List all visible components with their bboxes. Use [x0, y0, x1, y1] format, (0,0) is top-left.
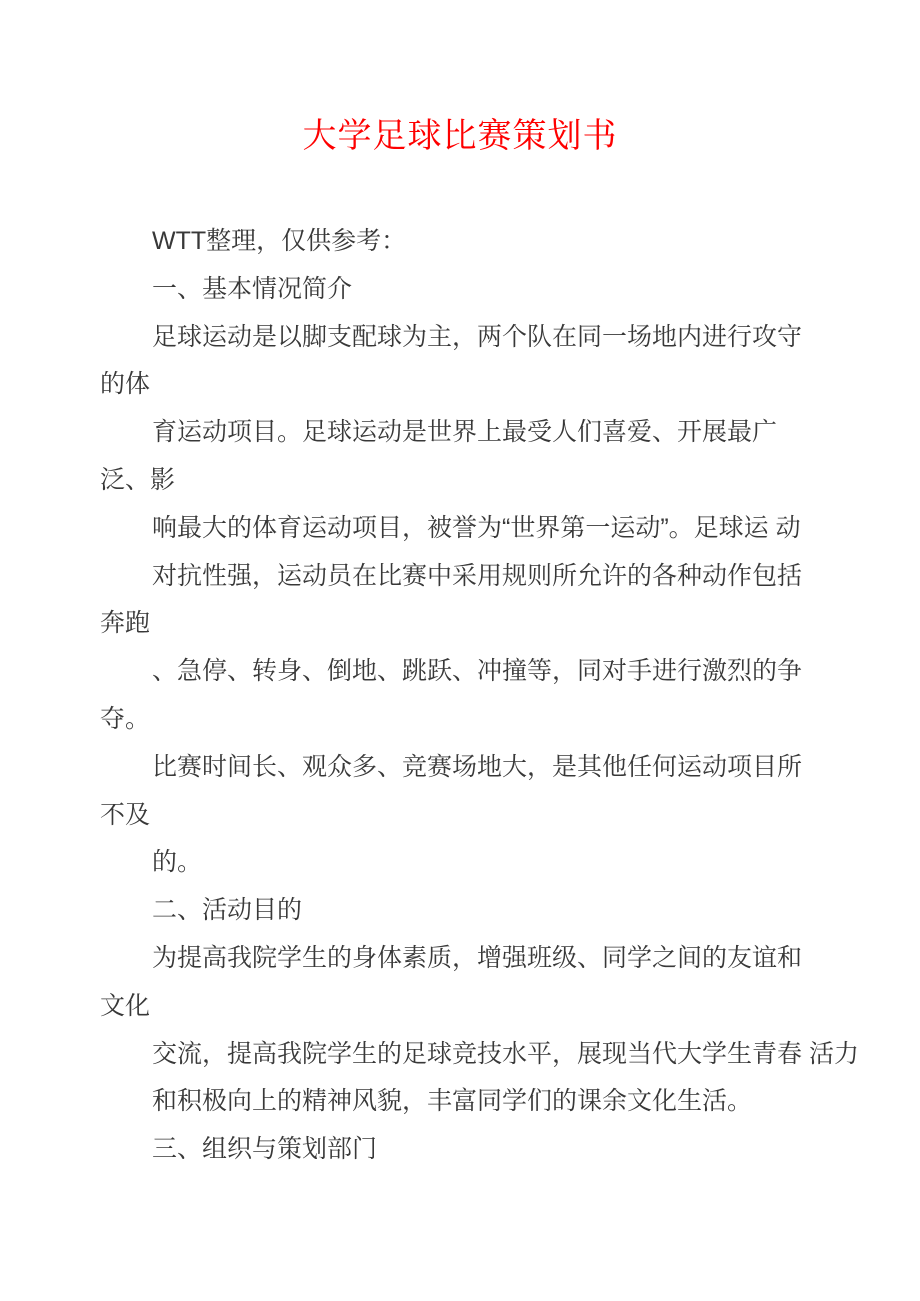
text-line: 奔跑 — [0, 600, 920, 648]
text-line: 和积极向上的精神风貌，丰富同学们的课余文化生活。 — [0, 1078, 920, 1126]
text-line: WTT整理，仅供参考： — [0, 218, 920, 266]
text-line: 对抗性强，运动员在比赛中采用规则所允许的各种动作包括 — [0, 553, 920, 601]
text-line: 为提高我院学生的身体素质，增强班级、同学之间的友谊和 — [0, 935, 920, 983]
text-line: 文化 — [0, 983, 920, 1031]
text-line: 响最大的体育运动项目，被誉为“世界第一运动”。足球运 动 — [0, 505, 920, 553]
text-line: 的体 — [0, 361, 920, 409]
text-line: 泛、影 — [0, 457, 920, 505]
document-body: WTT整理，仅供参考：一、基本情况简介足球运动是以脚支配球为主，两个队在同一场地… — [0, 218, 920, 1174]
document-title: 大学足球比赛策划书 — [0, 112, 920, 160]
text-line: 二、活动目的 — [0, 887, 920, 935]
text-line: 、急停、转身、倒地、跳跃、冲撞等，同对手进行激烈的争 — [0, 648, 920, 696]
text-line: 交流，提高我院学生的足球竞技水平，展现当代大学生青春 活力 — [0, 1031, 920, 1079]
text-line: 足球运动是以脚支配球为主，两个队在同一场地内进行攻守 — [0, 314, 920, 362]
text-line: 比赛时间长、观众多、竞赛场地大，是其他任何运动项目所 — [0, 744, 920, 792]
text-line: 夺。 — [0, 696, 920, 744]
document-page: 大学足球比赛策划书 WTT整理，仅供参考：一、基本情况简介足球运动是以脚支配球为… — [0, 0, 920, 1301]
text-line: 不及 — [0, 792, 920, 840]
text-line: 的。 — [0, 839, 920, 887]
text-line: 三、组织与策划部门 — [0, 1126, 920, 1174]
text-line: 一、基本情况简介 — [0, 266, 920, 314]
text-line: 育运动项目。足球运动是世界上最受人们喜爱、开展最广 — [0, 409, 920, 457]
